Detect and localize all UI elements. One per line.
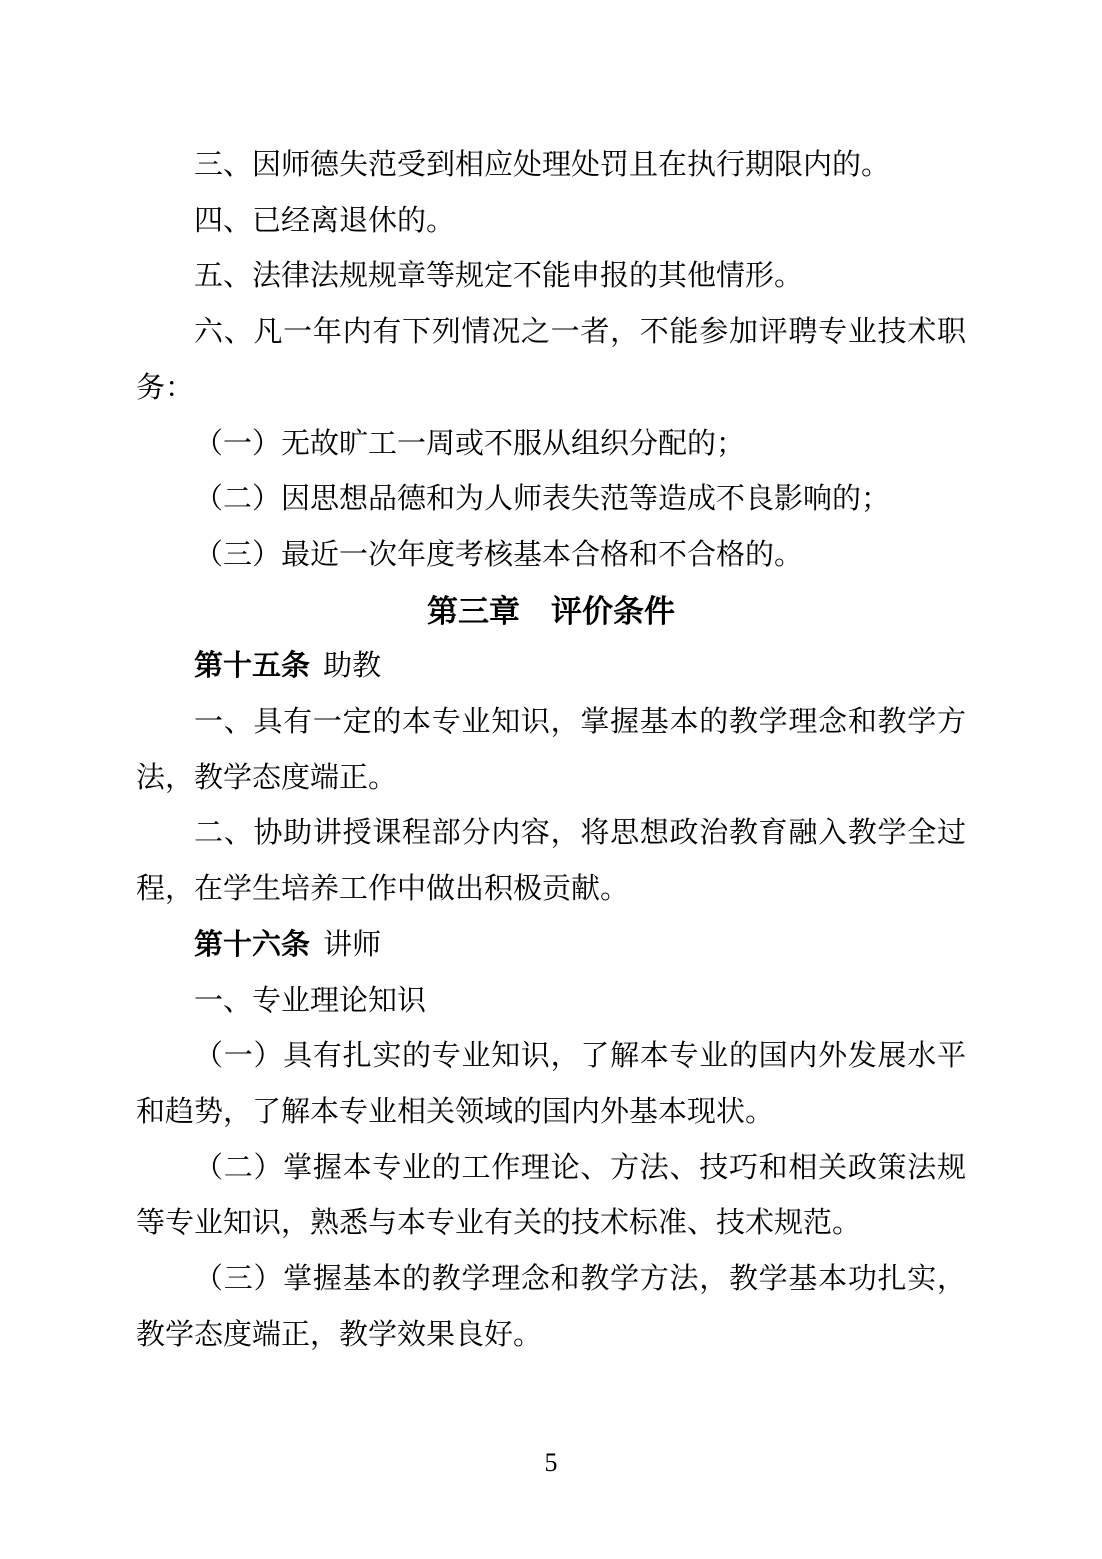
article-number: 第十五条 xyxy=(194,650,310,682)
page-number: 5 xyxy=(545,1448,558,1477)
article-title: 讲师 xyxy=(323,929,381,961)
chapter-heading: 第三章 评价条件 xyxy=(136,584,966,640)
paragraph-article16-1: 一、专业理论知识 xyxy=(136,974,966,1030)
document-page: 三、因师德失范受到相应处理处罚且在执行期限内的。 四、已经离退休的。 五、法律法… xyxy=(0,0,1102,1559)
paragraph-item-4: 四、已经离退休的。 xyxy=(136,194,966,250)
page-footer: 5 xyxy=(0,1448,1102,1478)
paragraph-subitem-2: （二）因思想品德和为人师表失范等造成不良影响的； xyxy=(136,472,966,528)
paragraph-item-5: 五、法律法规规章等规定不能申报的其他情形。 xyxy=(136,249,966,305)
paragraph-article16-sub3: （三）掌握基本的教学理念和教学方法，教学基本功扎实，教学态度端正，教学效果良好。 xyxy=(136,1252,966,1363)
article-title: 助教 xyxy=(323,650,381,682)
paragraph-article16-sub2: （二）掌握本专业的工作理论、方法、技巧和相关政策法规等专业知识，熟悉与本专业有关… xyxy=(136,1141,966,1252)
article-heading-16: 第十六条讲师 xyxy=(136,918,966,974)
article-heading-15: 第十五条助教 xyxy=(136,639,966,695)
paragraph-article15-2: 二、协助讲授课程部分内容，将思想政治教育融入教学全过程，在学生培养工作中做出积极… xyxy=(136,806,966,917)
document-body: 三、因师德失范受到相应处理处罚且在执行期限内的。 四、已经离退休的。 五、法律法… xyxy=(136,138,966,1363)
paragraph-item-3: 三、因师德失范受到相应处理处罚且在执行期限内的。 xyxy=(136,138,966,194)
paragraph-item-6: 六、凡一年内有下列情况之一者，不能参加评聘专业技术职务： xyxy=(136,305,966,416)
paragraph-article16-sub1: （一）具有扎实的专业知识，了解本专业的国内外发展水平和趋势，了解本专业相关领域的… xyxy=(136,1029,966,1140)
paragraph-subitem-3: （三）最近一次年度考核基本合格和不合格的。 xyxy=(136,528,966,584)
paragraph-subitem-1: （一）无故旷工一周或不服从组织分配的； xyxy=(136,417,966,473)
paragraph-article15-1: 一、具有一定的本专业知识，掌握基本的教学理念和教学方法，教学态度端正。 xyxy=(136,695,966,806)
article-number: 第十六条 xyxy=(194,929,310,961)
